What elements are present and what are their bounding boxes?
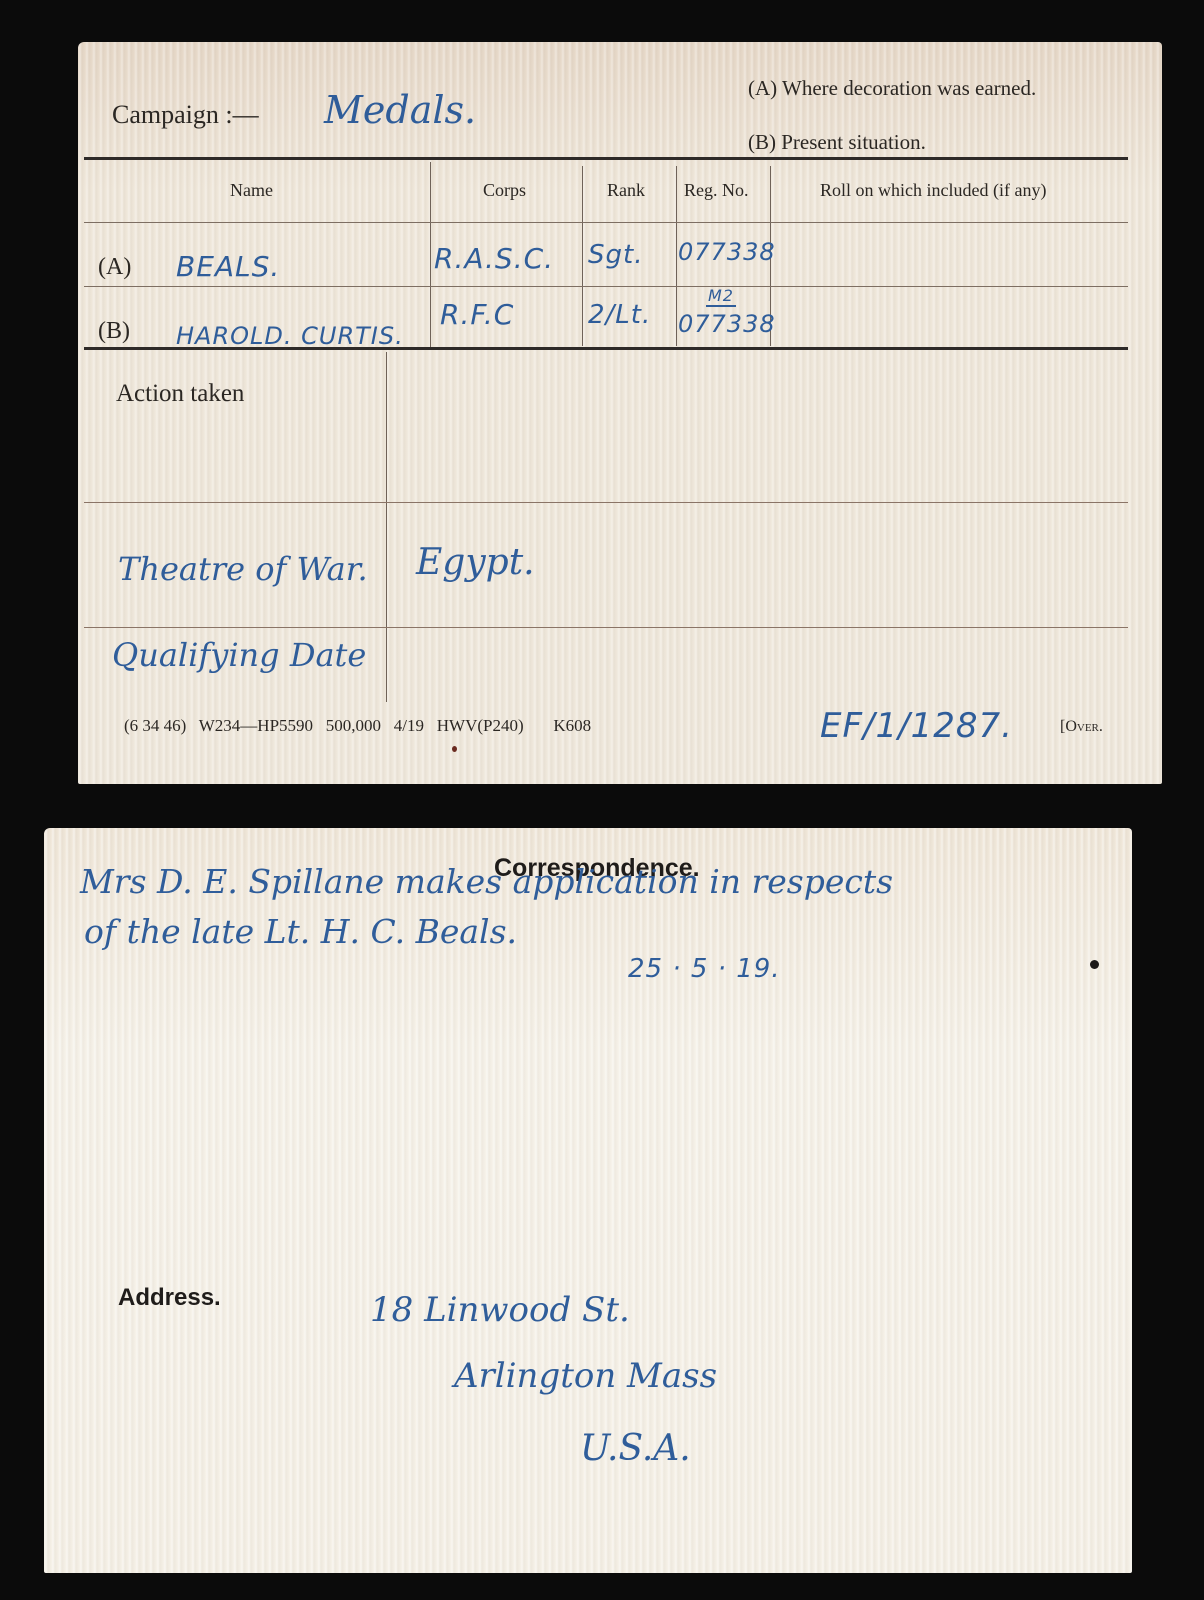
col-divider-rank [582,166,583,346]
legend-a: (A) Where decoration was earned. [748,76,1036,101]
campaign-value: Medals. [324,88,476,132]
qualifying-label: Qualifying Date [112,636,366,674]
row-a-corps: R.A.S.C. [434,242,554,275]
row-b-rank: 2/Lt. [588,300,651,330]
header-corps: Corps [483,180,526,201]
action-divider [386,352,387,702]
row-b-reg-no: 077338 [678,310,776,338]
table-bottom-rule [84,347,1128,350]
correspondence-line-1: Mrs D. E. Spillane makes application in … [80,862,893,901]
reference-number: EF/1/1287. [820,706,1013,746]
row-a-name: BEALS. [176,250,280,283]
campaign-label: Campaign :— [112,100,259,130]
row-b-corps: R.F.C [440,298,514,331]
row-a-rank: Sgt. [588,240,643,270]
print-code: (6 34 46) W234—HP5590 500,000 4/19 HWV(P… [124,716,591,736]
address-label: Address. [118,1284,221,1312]
theatre-top-rule [84,502,1128,503]
medal-card-front: Campaign :— Medals. (A) Where decoration… [78,42,1162,784]
correspondence-date: 25 · 5 · 19. [628,954,781,984]
address-line-3: U.S.A. [580,1428,691,1469]
over-label: [Over. [1060,718,1103,736]
row-b-reg-prefix: M2 [706,286,736,307]
header-reg-no: Reg. No. [684,180,749,201]
row-rule-2 [84,286,1128,287]
row-b-name: HAROLD. CURTIS. [176,322,404,350]
header-rank: Rank [607,180,645,201]
ink-dot [1090,960,1099,969]
theatre-value: Egypt. [416,542,535,583]
medal-card-back: Correspondence. Mrs D. E. Spillane makes… [44,828,1132,1573]
col-divider-corps [430,162,431,347]
correspondence-line-2: of the late Lt. H. C. Beals. [84,912,517,951]
legend-b: (B) Present situation. [748,130,926,155]
row-rule-1 [84,222,1128,223]
header-roll: Roll on which included (if any) [820,180,1046,201]
ink-spot [452,746,457,752]
row-a-marker: (A) [98,254,131,281]
theatre-label: Theatre of War. [118,550,368,588]
action-taken-label: Action taken [116,380,244,408]
address-line-1: 18 Linwood St. [370,1290,630,1330]
address-line-2: Arlington Mass [454,1356,717,1396]
header-rule [84,157,1128,160]
col-divider-reg [676,166,677,346]
row-b-marker: (B) [98,318,130,345]
header-name: Name [230,180,273,201]
qualifying-top-rule [84,627,1128,628]
row-a-reg-no: 077338 [678,238,776,266]
